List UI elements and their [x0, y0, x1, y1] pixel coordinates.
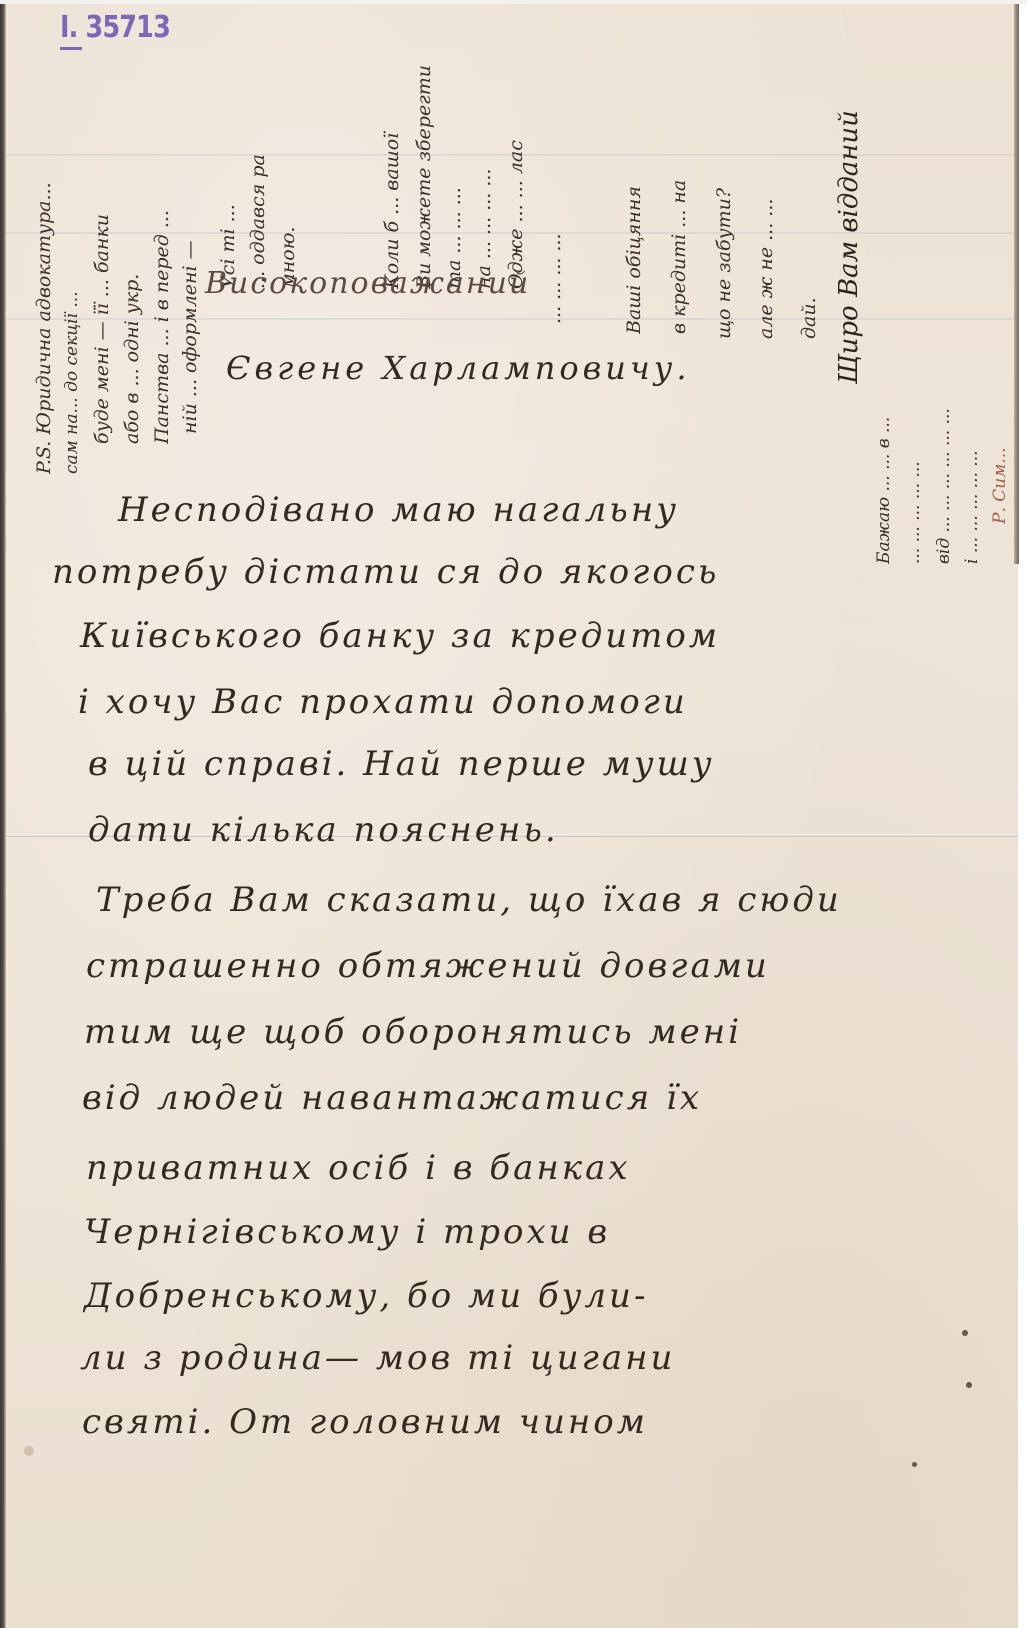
margin-note-line: в кредиті ... на: [665, 4, 693, 334]
margin-note-line: ... ... ... ...: [540, 4, 568, 324]
margin-note-line: на ... ... ... ...: [470, 4, 498, 289]
margin-note-line: ... ... ... ... ...: [900, 94, 928, 564]
ink-speck: [966, 1382, 972, 1388]
margin-note-line: Одже ... ... лас: [502, 4, 530, 289]
margin-note-line: від ... ... ... ... ... ...: [930, 94, 958, 564]
body-line: тим ще щоб оборонятись мені: [84, 1012, 742, 1052]
margin-note-line: мною.: [274, 4, 302, 289]
page-right-edge: [1014, 4, 1019, 564]
body-line: ли з родина— мов ті цигани: [80, 1338, 675, 1378]
margin-note-line: що не забути?: [710, 4, 738, 339]
body-line: Несподівано маю нагальну: [118, 490, 679, 530]
margin-note-line: або в ... одні укр.: [118, 4, 146, 444]
margin-note-line: та ... ... ...: [440, 4, 468, 289]
margin-note-line: дай.: [795, 4, 823, 339]
body-line: потребу дістати ся до якогось: [52, 552, 719, 592]
body-line: приватних осіб і в банках: [86, 1148, 631, 1188]
margin-note-line: Ви можете зберегти: [410, 4, 438, 289]
margin-note-line: буде мені — її ... банки: [88, 4, 116, 444]
body-line: Добренському, бо ми були-: [84, 1276, 648, 1316]
margin-note-line: Коли б ... вашої: [378, 4, 406, 289]
body-line: дати кілька пояснень.: [88, 810, 559, 850]
margin-note-line: Усі ті ...: [214, 4, 242, 289]
margin-note-line: і ... ... ... ... ...: [958, 94, 986, 564]
page-left-edge: [0, 4, 6, 1628]
ink-speck: [912, 1462, 917, 1467]
letter-page: I. 35713 P.S. Юридична адвокатура... сам…: [0, 4, 1018, 1628]
margin-note-line: Бажаю ... ... в ...: [870, 94, 898, 564]
body-line: Чернігівському і трохи в: [84, 1212, 610, 1252]
margin-note-line: але ж не ... ...: [752, 4, 780, 339]
body-line: і хочу Вас прохати допомоги: [78, 682, 688, 722]
paper-stain: [24, 1446, 34, 1456]
body-line: від людей навантажатися їх: [82, 1078, 702, 1118]
margin-note-line: Ваші обіцяння: [620, 4, 648, 334]
margin-note-line: ній ... оформлені —: [176, 4, 204, 434]
margin-note-line: Панства ... і в перед ...: [148, 4, 176, 444]
ink-speck: [962, 1330, 968, 1336]
margin-note-line: P.S. Юридична адвокатура...: [30, 4, 58, 474]
body-line: Київського банку за кредитом: [80, 616, 720, 656]
body-line: в цій справі. Най перше мушу: [88, 744, 715, 784]
margin-note-line: сам на... до секції ...: [58, 4, 86, 474]
body-line: Треба Вам сказати, що їхав я сюди: [96, 880, 842, 920]
margin-initials: Р. Сим...: [986, 334, 1014, 524]
salutation-line-1: Високоповажаний: [205, 266, 530, 301]
signature-line: Щиро Вам відданий: [835, 4, 863, 384]
salutation-line-2: Євгене Харламповичу.: [226, 349, 690, 387]
body-line: страшенно обтяжений довгами: [86, 946, 770, 986]
margin-note-line: ... оддався ра: [244, 4, 272, 289]
body-line: святі. От головним чином: [82, 1402, 648, 1442]
